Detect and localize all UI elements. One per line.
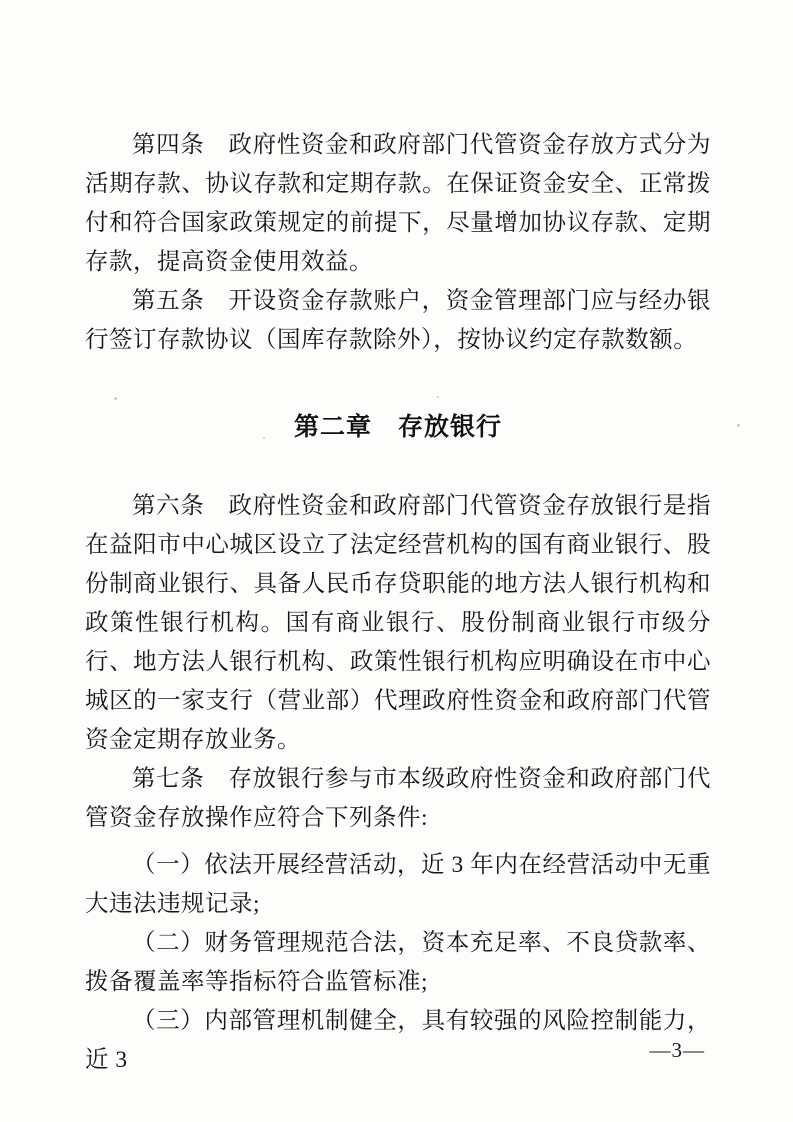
scan-speck xyxy=(737,424,740,427)
chapter-heading: 第二章 存放银行 xyxy=(85,408,711,447)
paragraph-condition-1: （一）依法开展经营活动，近 3 年内在经营活动中无重大违法违规记录; xyxy=(85,846,711,924)
scan-speck xyxy=(263,437,265,439)
document-page: 第四条 政府性资金和政府部门代管资金存放方式分为活期存款、协议存款和定期存款。在… xyxy=(0,0,793,1122)
paragraph-article-7: 第七条 存放银行参与市本级政府性资金和政府部门代管资金存放操作应符合下列条件: xyxy=(85,760,711,838)
paragraph-condition-2: （二）财务管理规范合法，资本充足率、不良贷款率、拨备覆盖率等指标符合监管标准; xyxy=(85,924,711,1002)
scan-speck xyxy=(437,396,439,398)
scan-speck xyxy=(114,397,117,400)
paragraph-condition-3: （三）内部管理机制健全，具有较强的风险控制能力，近 3 xyxy=(85,1002,711,1080)
page-number: —3— xyxy=(650,1038,706,1063)
paragraph-article-4: 第四条 政府性资金和政府部门代管资金存放方式分为活期存款、协议存款和定期存款。在… xyxy=(85,126,711,282)
paragraph-article-6: 第六条 政府性资金和政府部门代管资金存放银行是指在益阳市中心城区设立了法定经营机… xyxy=(85,487,711,760)
paragraph-article-5: 第五条 开设资金存款账户，资金管理部门应与经办银行签订存款协议（国库存款除外），… xyxy=(85,282,711,360)
scan-speck xyxy=(162,197,164,199)
document-body: 第四条 政府性资金和政府部门代管资金存放方式分为活期存款、协议存款和定期存款。在… xyxy=(85,126,711,1080)
